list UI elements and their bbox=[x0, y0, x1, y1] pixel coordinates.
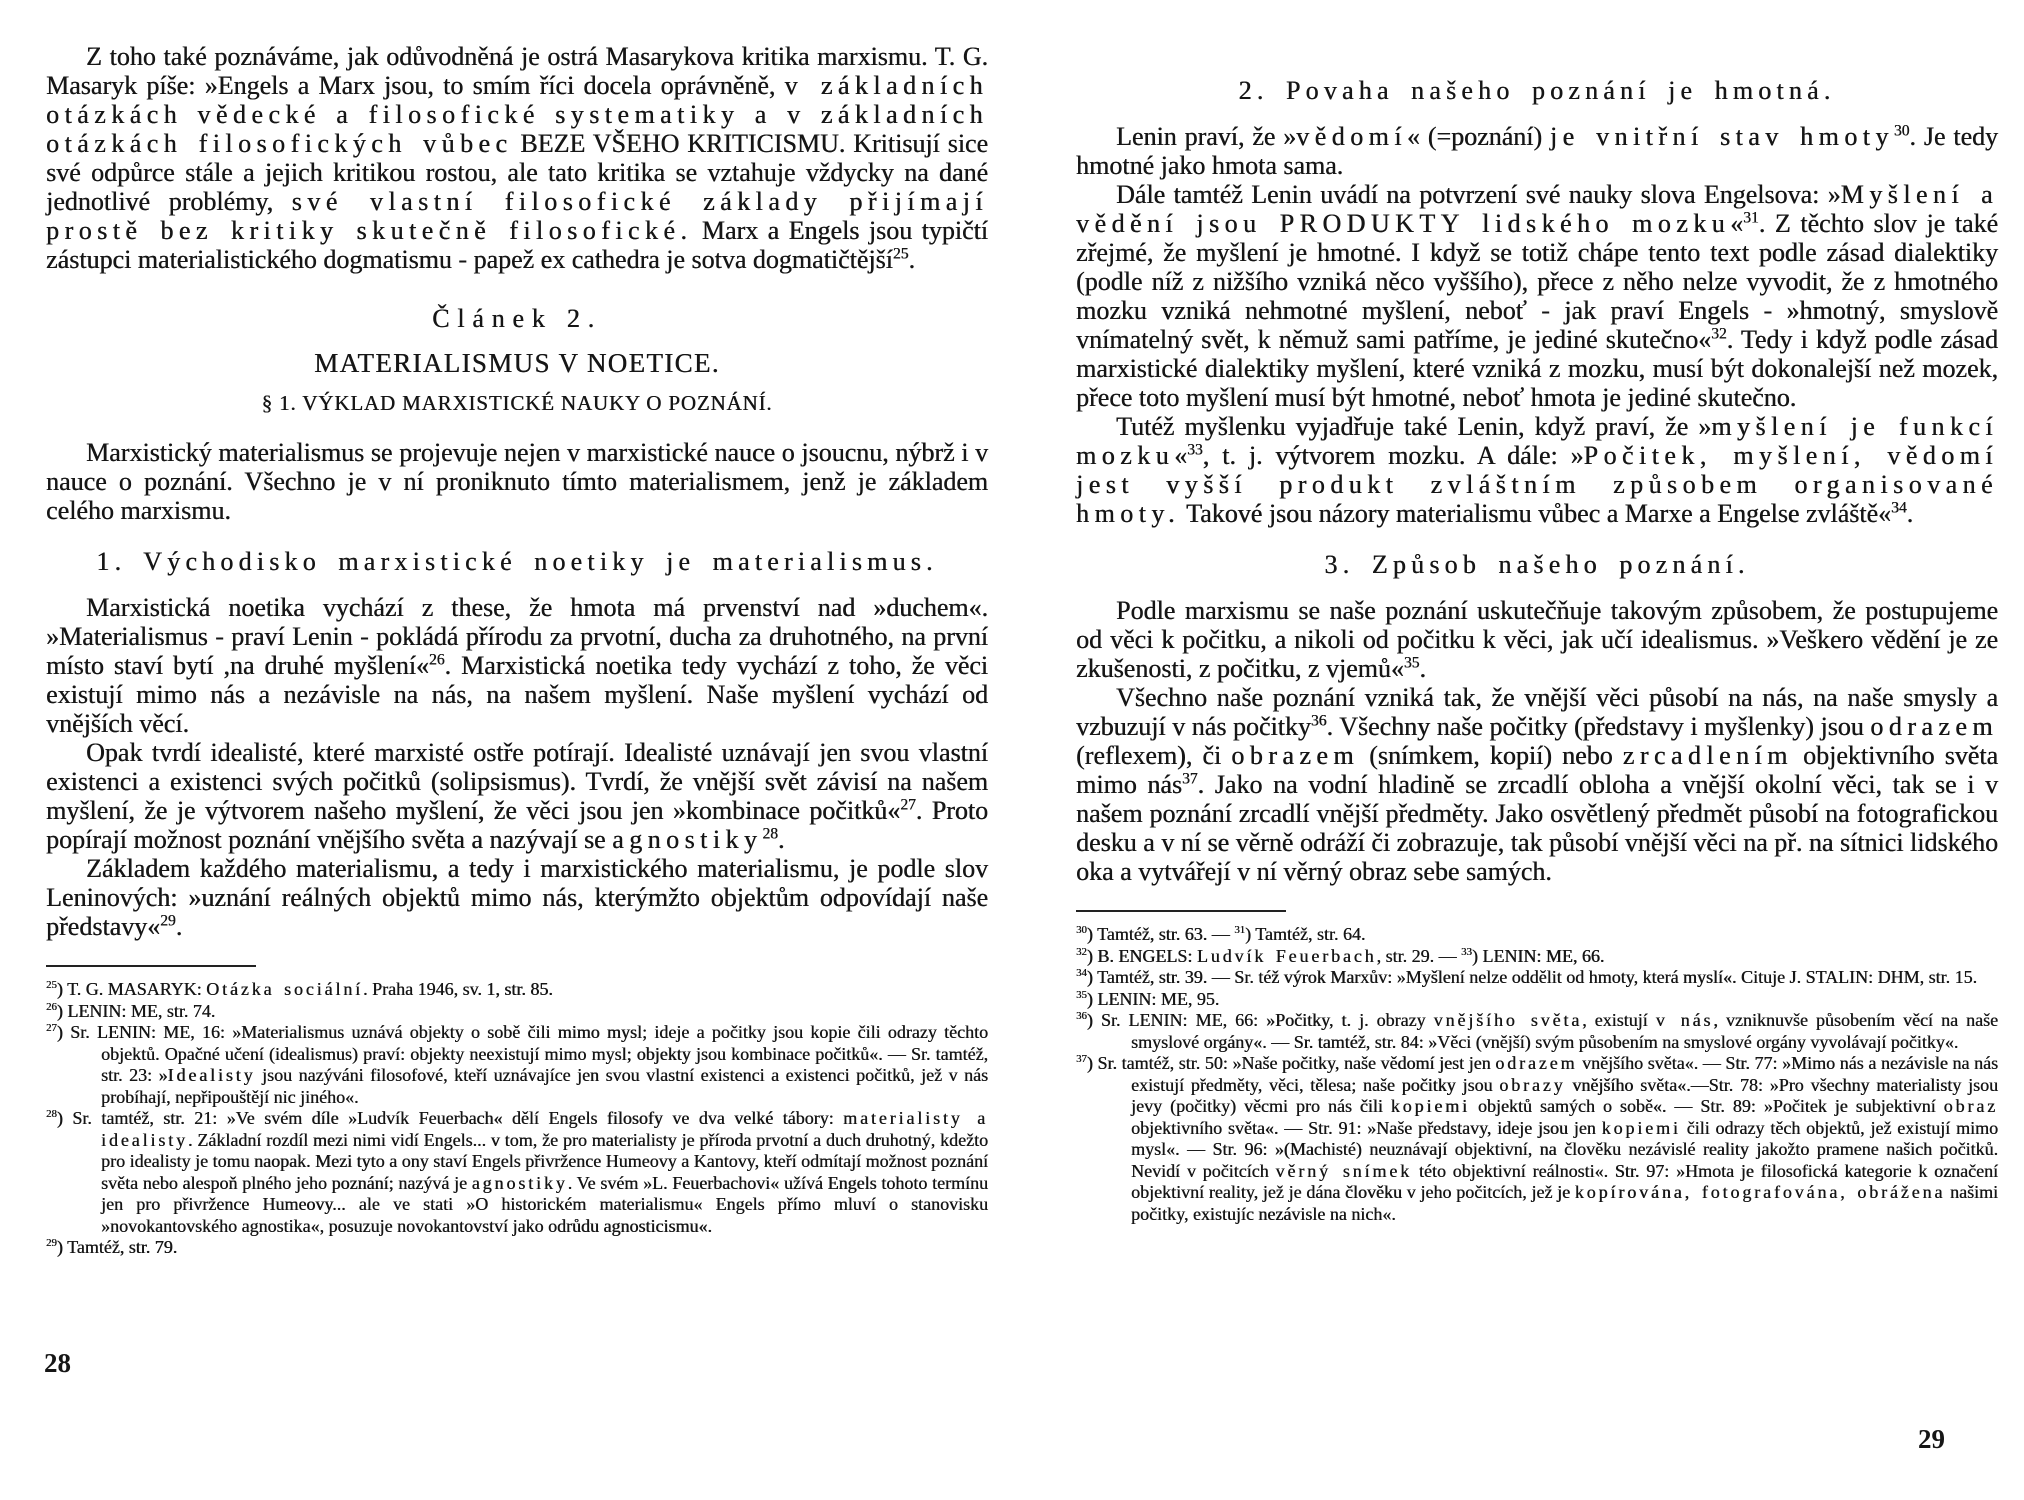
emphasis-spaced-text: Ludvík Feuerbach bbox=[1197, 946, 1377, 966]
text-run: Sr. tamtéž, str. 50: »Naše počitky, naše… bbox=[1097, 1053, 1495, 1073]
footnote-ref: 25 bbox=[893, 245, 909, 262]
paragraph: Tutéž myšlenku vyjadřuje také Lenin, kdy… bbox=[1076, 412, 1998, 528]
text-run: Tamtéž, str. 63. — bbox=[1097, 924, 1234, 944]
footnote-ref: 28 bbox=[762, 825, 778, 842]
footnote-number: 26 bbox=[46, 1001, 57, 1013]
footnote-ref: 33 bbox=[1187, 441, 1203, 458]
footnote: 37) Sr. tamtéž, str. 50: »Naše počitky, … bbox=[1076, 1053, 1998, 1225]
footnote-number: 28 bbox=[46, 1108, 57, 1120]
page-left: Z toho také poznáváme, jak odůvodněná je… bbox=[0, 0, 1012, 1500]
paragraph: Opak tvrdí idealisté, které marxisté ost… bbox=[46, 738, 988, 854]
text-run: (snímkem, kopií) nebo bbox=[1359, 741, 1623, 770]
text-run: . bbox=[1907, 499, 1914, 528]
paragraph: Základem každého materialismu, a tedy i … bbox=[46, 854, 988, 941]
emphasis-spaced-text: vnějšího světa bbox=[1434, 1010, 1583, 1030]
emphasis-spaced-text: kopírována, fotografována, obrážena bbox=[1575, 1182, 1945, 1202]
footnote-ref: 35 bbox=[1404, 654, 1420, 671]
footnote-ref: 36 bbox=[1311, 712, 1327, 729]
text-run: (reflexem), či bbox=[1076, 741, 1231, 770]
emphasis-spaced-text: zrcadlením bbox=[1623, 741, 1793, 770]
text-run: Tamtéž, str. 39. — Sr. též výrok Marxův:… bbox=[1097, 967, 1977, 987]
emphasis-spaced-text: věrný snímek bbox=[1275, 1161, 1412, 1181]
text-run: LENIN: ME, 95. bbox=[1097, 989, 1219, 1009]
heading-num: 3. Způsob našeho poznání. bbox=[1076, 550, 1998, 580]
footnote: 25) T. G. MASARYK: Otázka sociální. Prah… bbox=[46, 979, 988, 1001]
emphasis-spaced-text: obraz bbox=[1944, 1096, 1998, 1116]
footnote-number: 25 bbox=[46, 979, 57, 991]
paragraph: Lenin praví, že »vědomí« (=poznání) je v… bbox=[1076, 122, 1998, 180]
emphasis-spaced-text: odrazem bbox=[1870, 712, 1998, 741]
footnote: 32) B. ENGELS: Ludvík Feuerbach, str. 29… bbox=[1076, 946, 1998, 968]
footnote-number: 30 bbox=[1076, 924, 1087, 936]
text-run: Lenin praví, že » bbox=[1116, 122, 1296, 151]
emphasis-spaced-text: Idealisty bbox=[168, 1065, 256, 1085]
emphasis-spaced-text: v nás bbox=[1656, 1010, 1714, 1030]
footnotes-block: 30) Tamtéž, str. 63. — 31) Tamtéž, str. … bbox=[1076, 910, 1998, 1225]
footnote-ref: 32 bbox=[1711, 325, 1727, 342]
heading-num: 1. Východisko marxistické noetiky je mat… bbox=[46, 547, 988, 577]
footnote-number: 27 bbox=[46, 1022, 57, 1034]
footnote-ref: 31 bbox=[1234, 924, 1245, 936]
text-run: . bbox=[778, 825, 785, 854]
text-run: « (=poznání) bbox=[1407, 122, 1550, 151]
text-run: Tutéž myšlenku vyjadřuje také Lenin, kdy… bbox=[1116, 412, 1711, 441]
text-run: Tamtéž, str. 79. bbox=[67, 1237, 177, 1257]
text-run: LENIN: ME, str. 74. bbox=[67, 1001, 215, 1021]
footnote: 30) Tamtéž, str. 63. — 31) Tamtéž, str. … bbox=[1076, 924, 1998, 946]
paragraph: Marxistický materialismus se projevuje n… bbox=[46, 438, 988, 525]
emphasis-spaced-text: Otázka sociální bbox=[206, 979, 363, 999]
footnote: 28) Sr. tamtéž, str. 21: »Ve svém díle »… bbox=[46, 1108, 988, 1237]
heading-article: Článek 2. bbox=[46, 304, 988, 334]
footnote: 35) LENIN: ME, 95. bbox=[1076, 989, 1998, 1011]
footnote-divider bbox=[1076, 910, 1286, 912]
footnote: 29) Tamtéž, str. 79. bbox=[46, 1237, 988, 1259]
text-run: . bbox=[908, 245, 915, 274]
emphasis-spaced-text: agnostiky bbox=[612, 825, 762, 854]
footnote-ref: 33 bbox=[1461, 946, 1472, 958]
footnote-number: 29 bbox=[46, 1237, 57, 1249]
text-run: « bbox=[1730, 209, 1743, 238]
text-run: objektů samých o sobě«. — Str. 89: »Poči… bbox=[1470, 1096, 1944, 1116]
footnote-ref: 34 bbox=[1891, 499, 1907, 516]
heading-title: MATERIALISMUS V NOETICE. bbox=[46, 348, 988, 378]
page-number-left: 28 bbox=[44, 1348, 71, 1379]
paragraph: Dále tamtéž Lenin uvádí na potvrzení své… bbox=[1076, 180, 1998, 412]
emphasis-spaced-text: kopiemi bbox=[1391, 1096, 1470, 1116]
paragraph: Z toho také poznáváme, jak odůvodněná je… bbox=[46, 42, 988, 274]
emphasis-spaced-text: kopiemi bbox=[1602, 1118, 1681, 1138]
text-run: , existují bbox=[1582, 1010, 1656, 1030]
text-run: . bbox=[1419, 654, 1426, 683]
footnote-ref: 26 bbox=[429, 651, 445, 668]
text-run: Takové jsou názory materialismu vůbec a … bbox=[1180, 499, 1891, 528]
paragraph: Všechno naše poznání vzniká tak, že vněj… bbox=[1076, 683, 1998, 886]
emphasis-spaced-text: odrazem bbox=[1495, 1053, 1577, 1073]
book-spread: Z toho také poznáváme, jak odůvodněná je… bbox=[0, 0, 2024, 1500]
text-run: Sr. tamtéž, str. 21: »Ve svém díle »Ludv… bbox=[72, 1108, 843, 1128]
page-number-right: 29 bbox=[1918, 1424, 1945, 1455]
page-right: 2. Povaha našeho poznání je hmotná.Lenin… bbox=[1012, 0, 2024, 1500]
footnote-number: 35 bbox=[1076, 989, 1087, 1001]
text-run: . Praha 1946, sv. 1, str. 85. bbox=[363, 979, 553, 999]
paragraph: Podle marxismu se naše poznání uskutečňu… bbox=[1076, 596, 1998, 683]
emphasis-spaced-text: obrazy bbox=[1499, 1075, 1565, 1095]
footnote-ref: 37 bbox=[1182, 770, 1198, 787]
footnote-ref: 27 bbox=[900, 796, 916, 813]
footnote: 27) Sr. LENIN: ME, 16: »Materialismus uz… bbox=[46, 1022, 988, 1108]
emphasis-spaced-text: obrazem bbox=[1231, 741, 1359, 770]
footnote-ref: 30 bbox=[1894, 122, 1910, 139]
emphasis-spaced-text: agnostiky bbox=[472, 1173, 568, 1193]
footnote: 34) Tamtéž, str. 39. — Sr. též výrok Mar… bbox=[1076, 967, 1998, 989]
emphasis-spaced-text: vědomí bbox=[1296, 122, 1407, 151]
text-run: B. ENGELS: bbox=[1097, 946, 1197, 966]
text-run: Sr. LENIN: ME, 66: »Počitky, t. j. obraz… bbox=[1101, 1010, 1434, 1030]
text-run: T. G. MASARYK: bbox=[67, 979, 206, 999]
footnote-number: 36 bbox=[1076, 1010, 1087, 1022]
text-run: Dále tamtéž Lenin uvádí na potvrzení své… bbox=[1116, 180, 1841, 209]
text-run: . Všechny naše počitky (představy i myšl… bbox=[1326, 712, 1870, 741]
text-run: ) LENIN: ME, 66. bbox=[1472, 946, 1604, 966]
text-run: Opak tvrdí idealisté, které marxisté ost… bbox=[46, 738, 988, 825]
footnote-ref: 29 bbox=[160, 912, 176, 929]
text-run: ) Tamtéž, str. 64. bbox=[1245, 924, 1365, 944]
footnote-number: 32 bbox=[1076, 946, 1087, 958]
heading-sub: § 1. VÝKLAD MARXISTICKÉ NAUKY O POZNÁNÍ. bbox=[46, 388, 988, 418]
text-run: Marxistický materialismus se projevuje n… bbox=[46, 438, 988, 525]
heading-num: 2. Povaha našeho poznání je hmotná. bbox=[1076, 76, 1998, 106]
paragraph: Marxistická noetika vychází z these, že … bbox=[46, 593, 988, 738]
text-run: , str. 29. — bbox=[1377, 946, 1462, 966]
text-run: Základem každého materialismu, a tedy i … bbox=[46, 854, 988, 941]
footnote-ref: 31 bbox=[1743, 209, 1759, 226]
text-run: . bbox=[176, 912, 183, 941]
text-run: « bbox=[1174, 441, 1187, 470]
footnote: 26) LENIN: ME, str. 74. bbox=[46, 1001, 988, 1023]
text-run: objektivního světa«. — Str. 91: »Naše př… bbox=[1131, 1118, 1602, 1138]
emphasis-spaced-text: je vnitřní stav hmoty bbox=[1550, 122, 1894, 151]
footnote: 36) Sr. LENIN: ME, 66: »Počitky, t. j. o… bbox=[1076, 1010, 1998, 1053]
footnotes-block: 25) T. G. MASARYK: Otázka sociální. Prah… bbox=[46, 965, 988, 1259]
text-run: , t. j. výtvorem mozku. A dále: » bbox=[1203, 441, 1584, 470]
footnote-divider bbox=[46, 965, 256, 967]
text-run: . Jako na vodní hladině se zrcadlí obloh… bbox=[1076, 770, 1998, 886]
text-run: Podle marxismu se naše poznání uskutečňu… bbox=[1076, 596, 1998, 683]
footnote-number: 37 bbox=[1076, 1053, 1087, 1065]
footnote-number: 34 bbox=[1076, 967, 1087, 979]
